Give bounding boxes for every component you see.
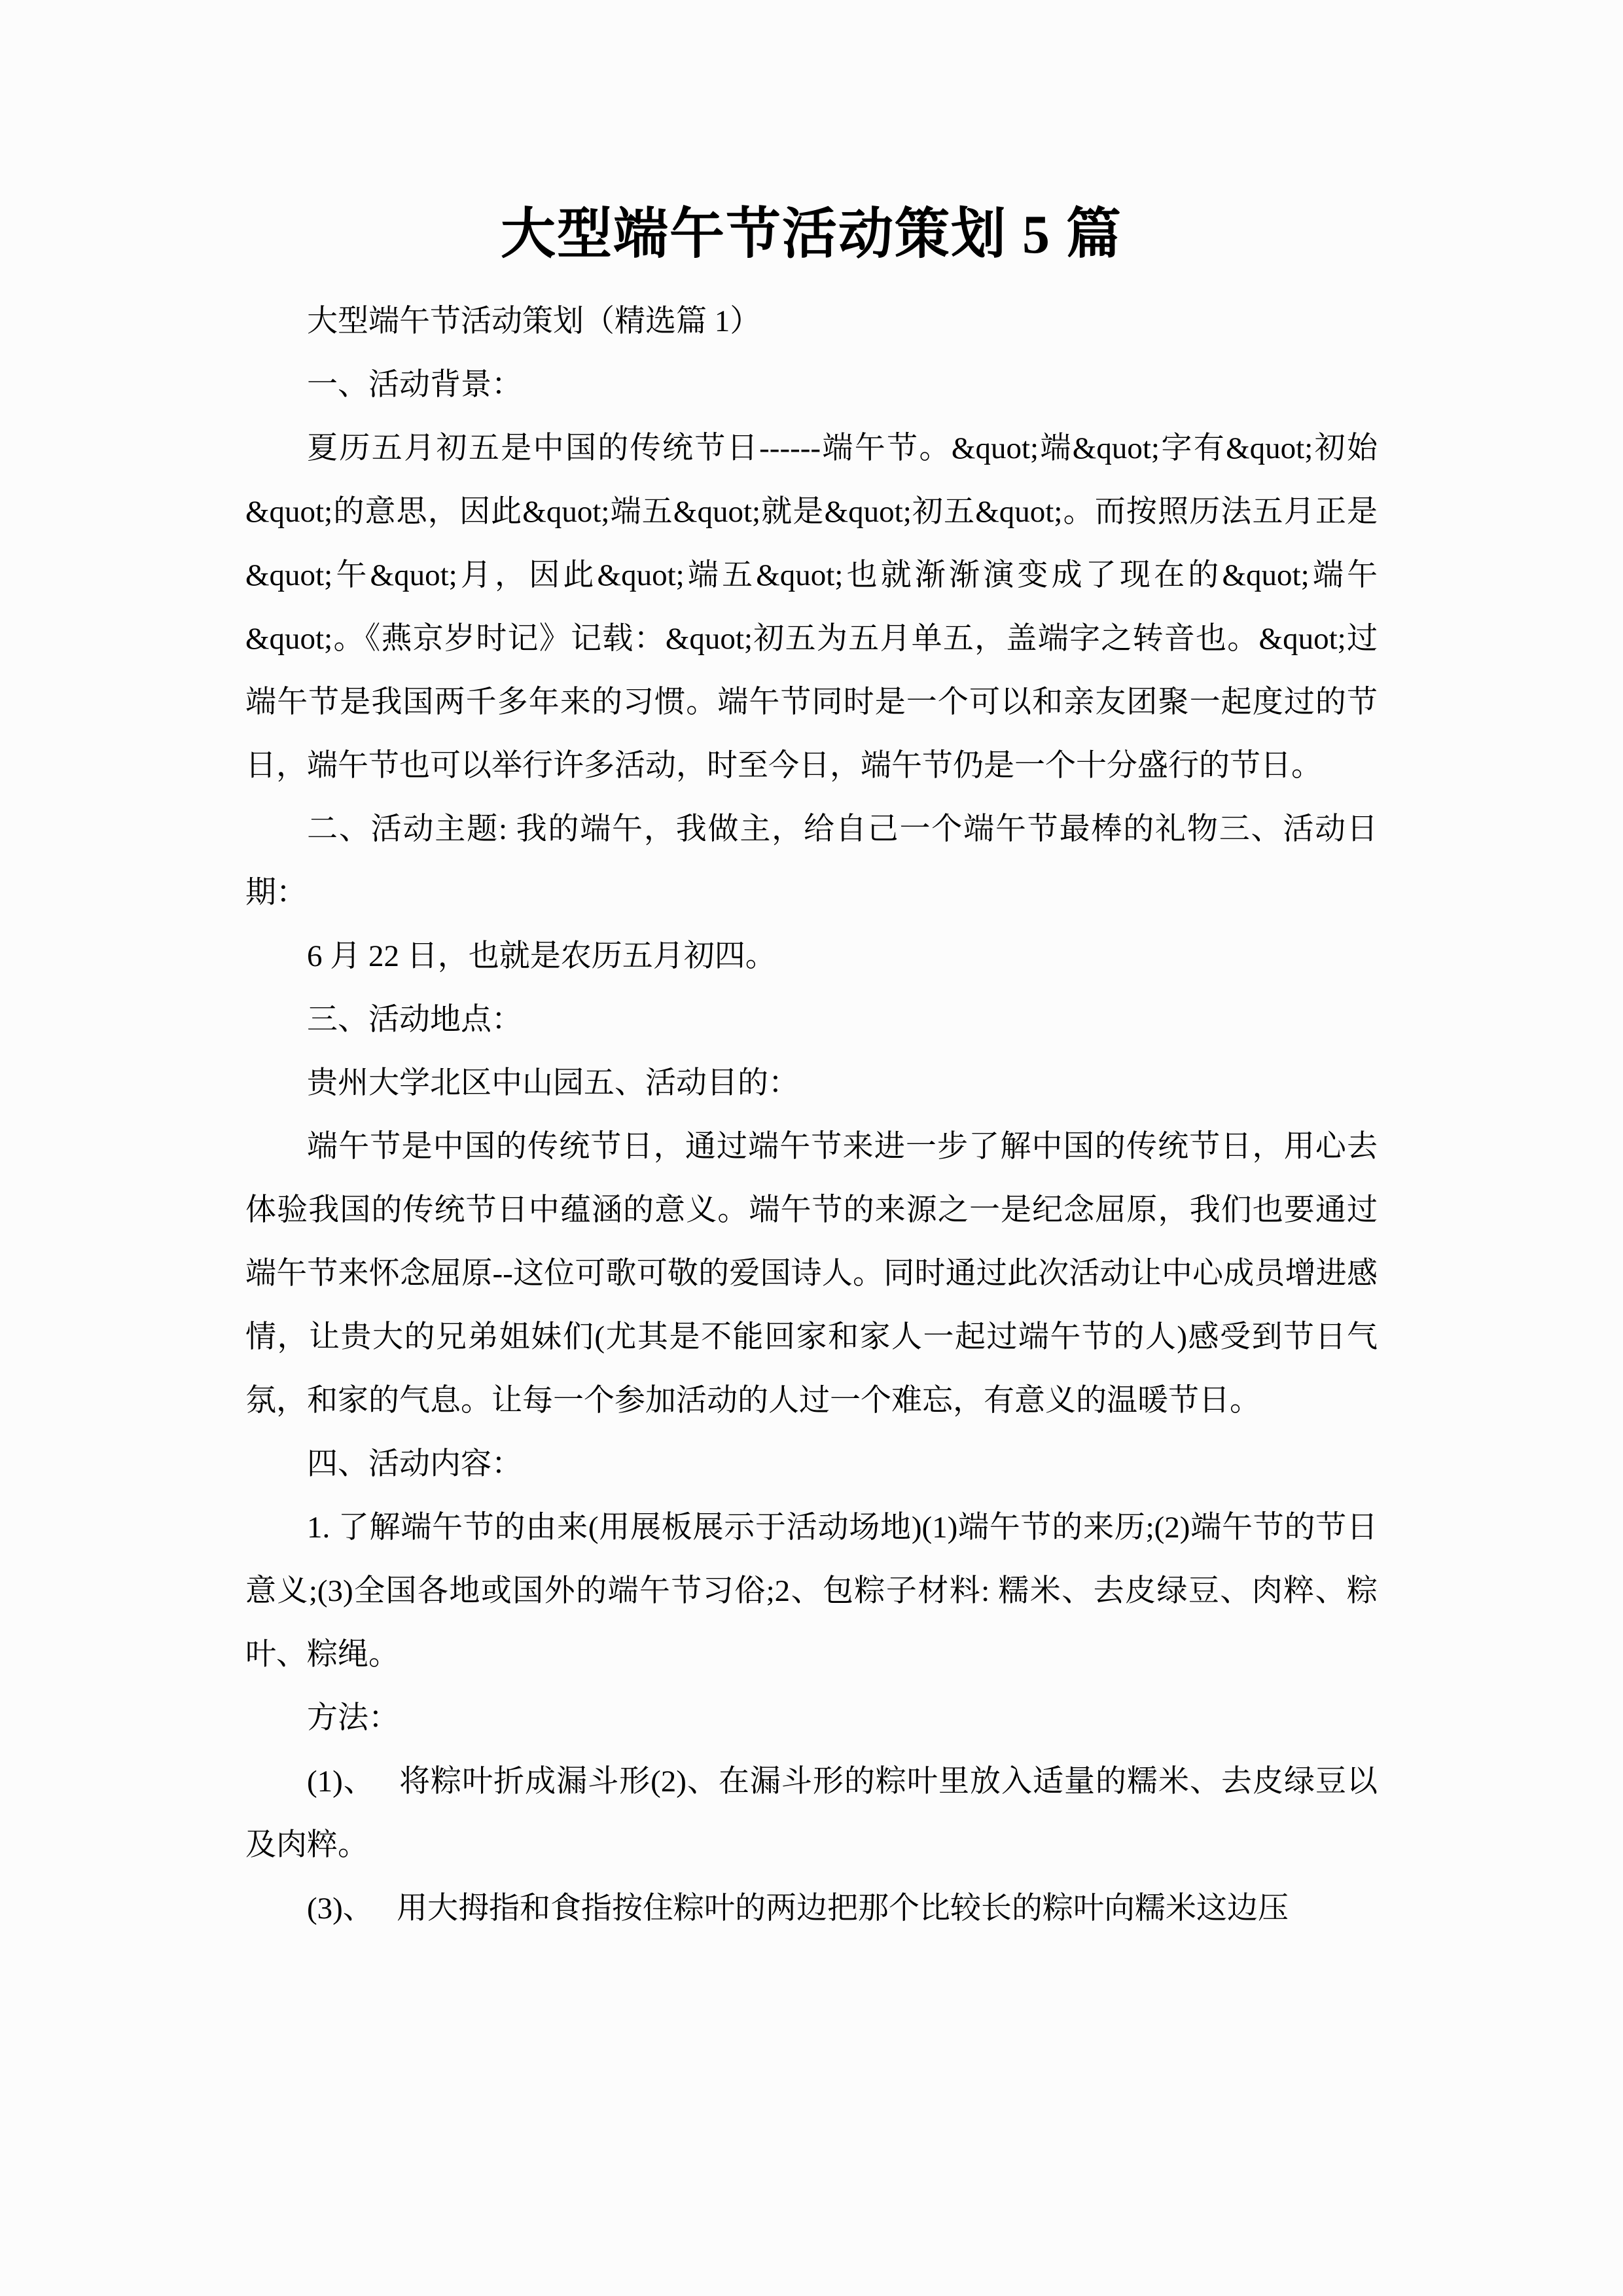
paragraph: 夏历五月初五是中国的传统节日------端午节。&quot;端&quot;字有&…	[245, 417, 1378, 798]
paragraph: 二、活动主题: 我的端午，我做主，给自己一个端午节最棒的礼物三、活动日期：	[245, 798, 1378, 925]
paragraph: 一、活动背景：	[245, 353, 1378, 417]
document-page: 大型端午节活动策划 5 篇 大型端午节活动策划（精选篇 1）一、活动背景：夏历五…	[0, 0, 1623, 2296]
document-title: 大型端午节活动策划 5 篇	[245, 180, 1378, 290]
paragraph: 三、活动地点：	[245, 988, 1378, 1052]
paragraph: 6 月 22 日，也就是农历五月初四。	[245, 925, 1378, 988]
paragraph: (3)、 用大拇指和食指按住粽叶的两边把那个比较长的粽叶向糯米这边压	[245, 1877, 1378, 1941]
paragraph: (1)、 将粽叶折成漏斗形(2)、在漏斗形的粽叶里放入适量的糯米、去皮绿豆以及肉…	[245, 1750, 1378, 1877]
paragraph: 贵州大学北区中山园五、活动目的：	[245, 1052, 1378, 1115]
paragraph: 四、活动内容：	[245, 1433, 1378, 1496]
paragraph: 端午节是中国的传统节日，通过端午节来进一步了解中国的传统节日，用心去体验我国的传…	[245, 1115, 1378, 1433]
paragraph: 大型端午节活动策划（精选篇 1）	[245, 290, 1378, 353]
paragraph: 方法：	[245, 1687, 1378, 1750]
document-body: 大型端午节活动策划（精选篇 1）一、活动背景：夏历五月初五是中国的传统节日---…	[245, 290, 1378, 1941]
paragraph: 1. 了解端午节的由来(用展板展示于活动场地)(1)端午节的来历;(2)端午节的…	[245, 1496, 1378, 1687]
